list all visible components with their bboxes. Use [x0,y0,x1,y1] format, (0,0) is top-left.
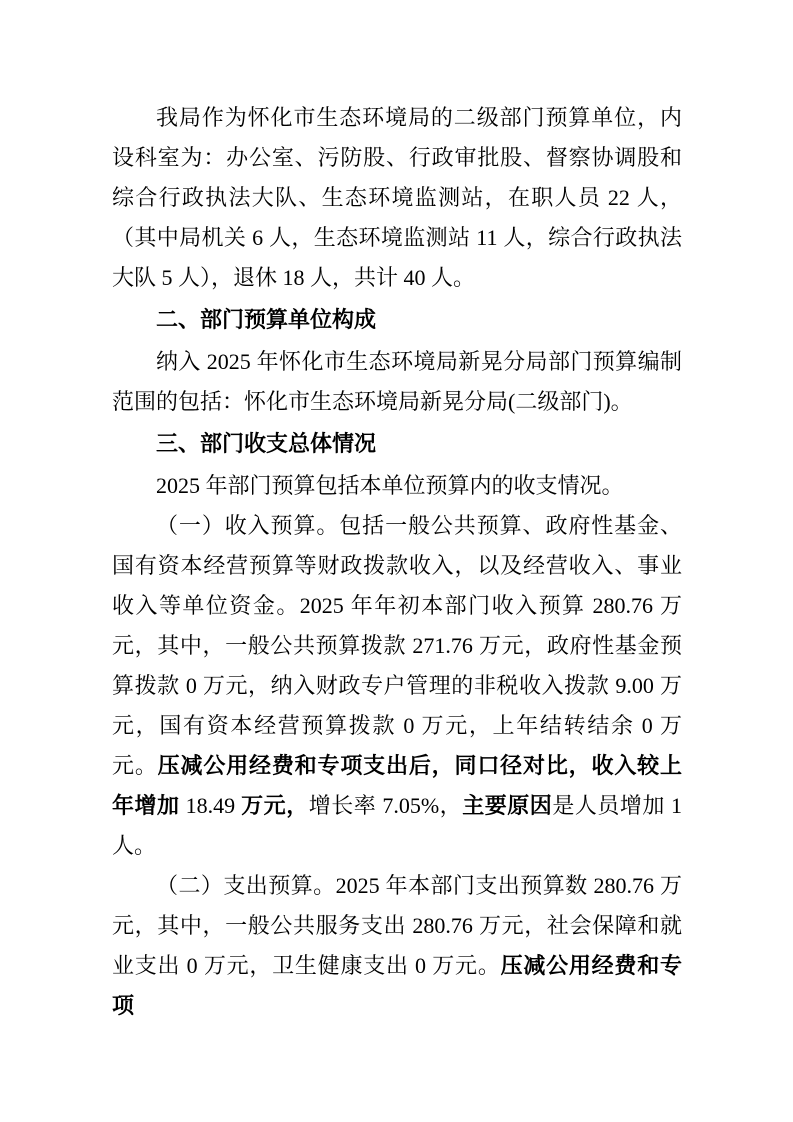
text-run: 增长率 7.05%， [309,793,462,818]
section-heading: 二、部门预算单位构成 [112,300,682,340]
bold-text-run: 二、部门预算单位构成 [156,307,376,332]
document-body: 我局作为怀化市生态环境局的二级部门预算单位，内设科室为：办公室、污防股、行政审批… [112,98,682,1026]
document-page: 我局作为怀化市生态环境局的二级部门预算单位，内设科室为：办公室、污防股、行政审批… [0,0,793,1122]
text-run: 18.49 [180,793,242,818]
text-run: 纳入 2025 年怀化市生态环境局新晃分局部门预算编制范围的包括：怀化市生态环境… [112,349,682,414]
bold-text-run: 万元， [241,793,309,818]
bold-text-run: 三、部门收支总体情况 [156,431,376,456]
bold-text-run: 主要原因 [462,793,552,818]
section-heading: 三、部门收支总体情况 [112,424,682,464]
text-run: 我局作为怀化市生态环境局的二级部门预算单位，内设科室为：办公室、污防股、行政审批… [112,105,682,290]
paragraph: 2025 年部门预算包括本单位预算内的收支情况。 [112,466,682,506]
text-run: 2025 年部门预算包括本单位预算内的收支情况。 [156,473,624,498]
paragraph: 我局作为怀化市生态环境局的二级部门预算单位，内设科室为：办公室、污防股、行政审批… [112,98,682,298]
text-run: （一）收入预算。包括一般公共预算、政府性基金、国有资本经营预算等财政拨款收入，以… [112,513,682,778]
paragraph: （一）收入预算。包括一般公共预算、政府性基金、国有资本经营预算等财政拨款收入，以… [112,506,682,866]
paragraph: 纳入 2025 年怀化市生态环境局新晃分局部门预算编制范围的包括：怀化市生态环境… [112,342,682,422]
paragraph: （二）支出预算。2025 年本部门支出预算数 280.76 万元，其中，一般公共… [112,866,682,1026]
